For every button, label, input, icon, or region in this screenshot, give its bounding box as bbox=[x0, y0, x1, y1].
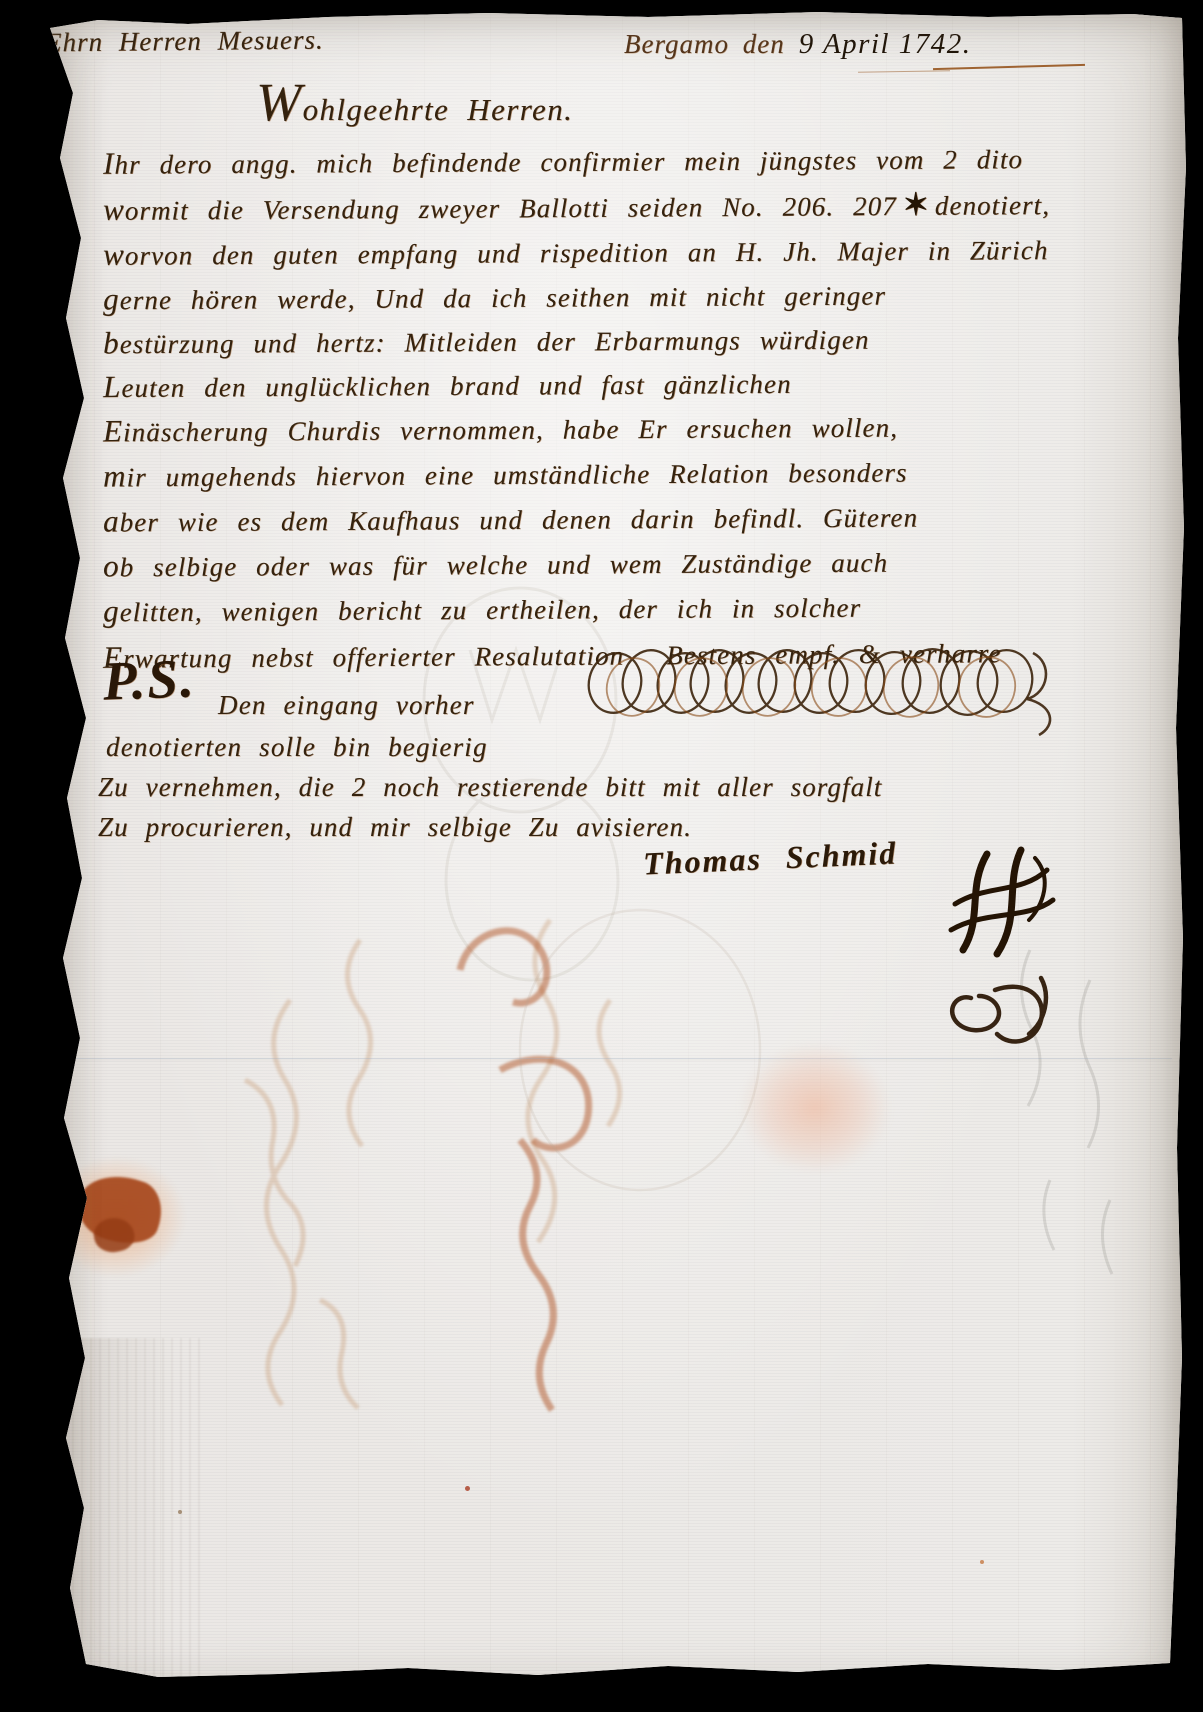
postscript-label: P.S. bbox=[102, 646, 197, 712]
stain-pink bbox=[740, 1043, 890, 1173]
ghost-writing bbox=[170, 880, 820, 1440]
body-line: Ihr dero angg. mich befindende confirmie… bbox=[103, 140, 1023, 182]
dateline-date: 9 April 1742. bbox=[799, 28, 972, 60]
body-line: bestürzung und hertz: Mitleiden der Erba… bbox=[103, 321, 870, 362]
signature-flourish-loops bbox=[585, 635, 1065, 735]
date-underline bbox=[933, 64, 1085, 70]
postscript-line: Zu vernehmen, die 2 noch restierende bit… bbox=[98, 772, 882, 803]
date-underline-tail bbox=[858, 70, 950, 73]
salutation: Wohlgeehrte Herren. bbox=[256, 86, 573, 128]
body-line: mir umgehends hiervon eine umständliche … bbox=[103, 454, 908, 495]
body-line: worvon den guten empfang und rispedition… bbox=[103, 231, 1049, 273]
paper-speck bbox=[465, 1486, 470, 1491]
dateline-place: Bergamo den bbox=[624, 29, 785, 59]
dateline: Bergamo den 9 April 1742. bbox=[624, 28, 972, 61]
body-line: wormit die Versendung zweyer Ballotti se… bbox=[103, 186, 1050, 228]
body-line-text: denotiert, bbox=[935, 190, 1050, 221]
signature-paraph bbox=[925, 848, 1095, 1068]
addressee-line: Ehrn Herren Mesuers. bbox=[45, 25, 324, 59]
merchant-mark-icon: ✶ bbox=[903, 187, 929, 222]
postscript-line: Den eingang vorher bbox=[218, 690, 475, 721]
paper-speck bbox=[178, 1510, 182, 1514]
paper-speck bbox=[980, 1560, 984, 1564]
body-line: ob selbige oder was für welche und wem Z… bbox=[103, 544, 888, 585]
letter-paper: Ehrn Herren Mesuers. Bergamo den 9 April… bbox=[28, 8, 1188, 1704]
postscript-line: denotierten solle bin begierig bbox=[106, 732, 488, 763]
body-line: aber wie es dem Kaufhaus und denen darin… bbox=[103, 499, 918, 540]
body-line: gerne hören werde, Und da ich seithen mi… bbox=[103, 277, 886, 318]
body-line: Einäscherung Churdis vernommen, habe Er … bbox=[103, 409, 898, 450]
body-line: Leuten den unglücklichen brand und fast … bbox=[103, 365, 792, 405]
edge-grime bbox=[36, 1338, 206, 1698]
body-line-text: wormit die Versendung zweyer Ballotti se… bbox=[103, 191, 897, 226]
postscript-line: Zu procurieren, und mir selbige Zu avisi… bbox=[98, 812, 692, 843]
scan-background: Ehrn Herren Mesuers. Bergamo den 9 April… bbox=[0, 0, 1203, 1712]
body-line: gelitten, wenigen bericht zu ertheilen, … bbox=[103, 589, 861, 630]
